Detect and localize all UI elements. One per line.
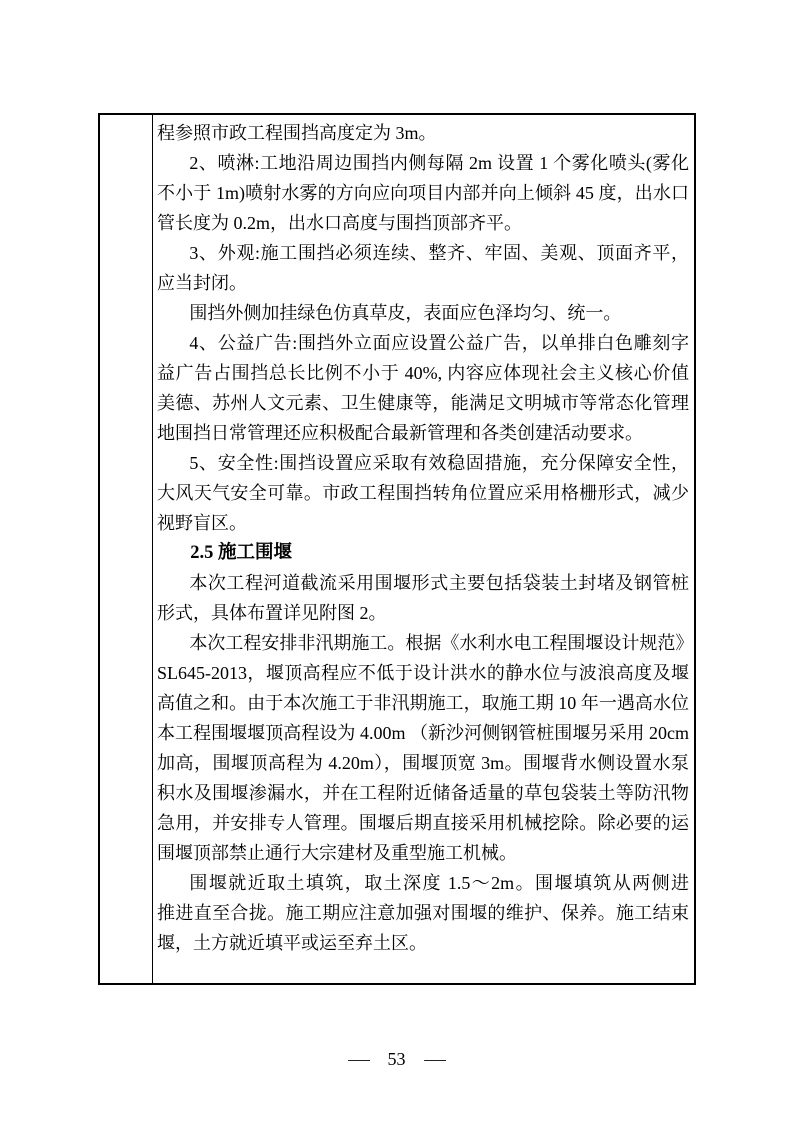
page-footer: — 53 — — [0, 1046, 793, 1072]
text-line: 围堰顶部禁止通行大宗建材及重型施工机械。 — [157, 838, 689, 868]
text-line: 益广告占围挡总长比例不小于 40%, 内容应体现社会主义核心价值观、中华 — [157, 358, 689, 388]
text-line: 应当封闭。 — [157, 268, 689, 298]
text-line: 加高，围堰顶高程为 4.20m），围堰顶宽 3m。围堰背水侧设置水泵抽取湖内 — [157, 748, 689, 778]
text-line: 视野盲区。 — [157, 508, 689, 538]
text-line: 美德、苏州人文元素、卫生健康等，能满足文明城市等常态化管理要求。工 — [157, 388, 689, 418]
text-line: 形式，具体布置详见附图 2。 — [157, 598, 689, 628]
footer-dash-right: — — [424, 1046, 446, 1072]
text-line: 程参照市政工程围挡高度定为 3m。 — [157, 118, 689, 148]
footer-dash-left: — — [348, 1046, 370, 1072]
text-line: 4、公益广告:围挡外立面应设置公益广告，以单排白色雕刻字为主，公 — [157, 328, 689, 358]
table-left-cell — [100, 115, 153, 983]
text-line: 高值之和。由于本次施工于非汛期施工，取施工期 10 年一遇高水位为 3.50m， — [157, 688, 689, 718]
text-line: 积水及围堰渗漏水，并在工程附近储备适量的草包袋装土等防汛物资，以备 — [157, 778, 689, 808]
text-line: 堰，土方就近填平或运至弃土区。 — [157, 928, 689, 958]
text-line: 管长度为 0.2m，出水口高度与围挡顶部齐平。 — [157, 208, 689, 238]
table-main-cell: 程参照市政工程围挡高度定为 3m。2、喷淋:工地沿周边围挡内侧每隔 2m 设置 … — [153, 115, 694, 983]
text-line: 不小于 1m)喷射水雾的方向应向项目内部并向上倾斜 45 度，出水口末端短 — [157, 178, 689, 208]
page-number: 53 — [388, 1046, 406, 1072]
text-line: 2、喷淋:工地沿周边围挡内侧每隔 2m 设置 1 个雾化喷头(雾化喷幅半径 — [157, 148, 689, 178]
text-line: 2.5 施工围堰 — [157, 538, 689, 568]
text-line: 5、安全性:围挡设置应采取有效稳固措施，充分保障安全性，确保极端 — [157, 448, 689, 478]
text-line: 本次工程安排非汛期施工。根据《水利水电工程围堰设计规范》 — [157, 628, 689, 658]
text-line: 本工程围堰堰顶高程设为 4.00m （新沙河侧钢管桩围堰另采用 20cm 袋装土 — [157, 718, 689, 748]
text-line: 围挡外侧加挂绿色仿真草皮，表面应色泽均匀、统一。 — [157, 298, 689, 328]
text-line: 地围挡日常管理还应积极配合最新管理和各类创建活动要求。 — [157, 418, 689, 448]
text-line: 推进直至合拢。施工期应注意加强对围堰的维护、保养。施工结束后拆除围 — [157, 898, 689, 928]
text-line: 急用，并安排专人管理。围堰后期直接采用机械挖除。除必要的运行维护外， — [157, 808, 689, 838]
text-line: 大风天气安全可靠。市政工程围挡转角位置应采用格栅形式，减少来往车辆 — [157, 478, 689, 508]
document-page: 程参照市政工程围挡高度定为 3m。2、喷淋:工地沿周边围挡内侧每隔 2m 设置 … — [0, 0, 793, 1122]
text-line: 本次工程河道截流采用围堰形式主要包括袋装土封堵及钢管桩围堰两种 — [157, 568, 689, 598]
text-line: 3、外观:施工围挡必须连续、整齐、牢固、美观、顶面齐平，施工现场 — [157, 238, 689, 268]
content-table: 程参照市政工程围挡高度定为 3m。2、喷淋:工地沿周边围挡内侧每隔 2m 设置 … — [98, 113, 696, 985]
text-line: SL645-2013，堰顶高程应不低于设计洪水的静水位与波浪高度及堰顶安全加 — [157, 658, 689, 688]
text-line: 围堰就近取土填筑，取土深度 1.5～2m。围堰填筑从两侧进土，向中间 — [157, 868, 689, 898]
